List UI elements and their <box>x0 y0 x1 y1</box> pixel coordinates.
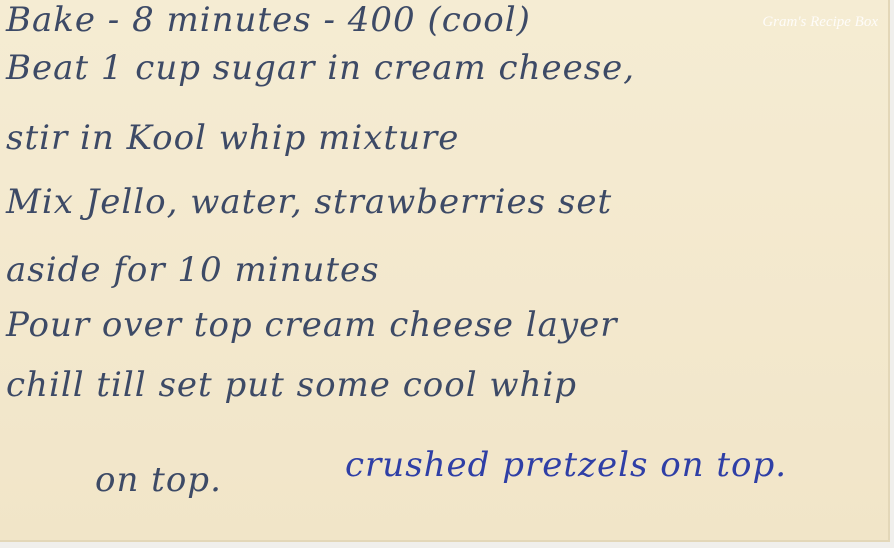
handwritten-line: Beat 1 cup sugar in cream cheese, <box>6 48 635 88</box>
handwritten-line: chill till set put some cool whip <box>6 365 577 405</box>
handwritten-line: stir in Kool whip mixture <box>6 118 459 158</box>
handwritten-line: Mix Jello, water, strawberries set <box>6 182 612 222</box>
handwritten-line: crushed pretzels on top. <box>345 445 787 485</box>
recipe-card: Gram's Recipe Box Bake - 8 minutes - 400… <box>0 0 890 542</box>
handwritten-line: aside for 10 minutes <box>6 250 380 290</box>
watermark: Gram's Recipe Box <box>762 14 878 31</box>
handwritten-line: Pour over top cream cheese layer <box>6 305 618 345</box>
handwritten-line: Bake - 8 minutes - 400 (cool) <box>6 0 531 40</box>
handwritten-line: on top. <box>95 460 222 500</box>
